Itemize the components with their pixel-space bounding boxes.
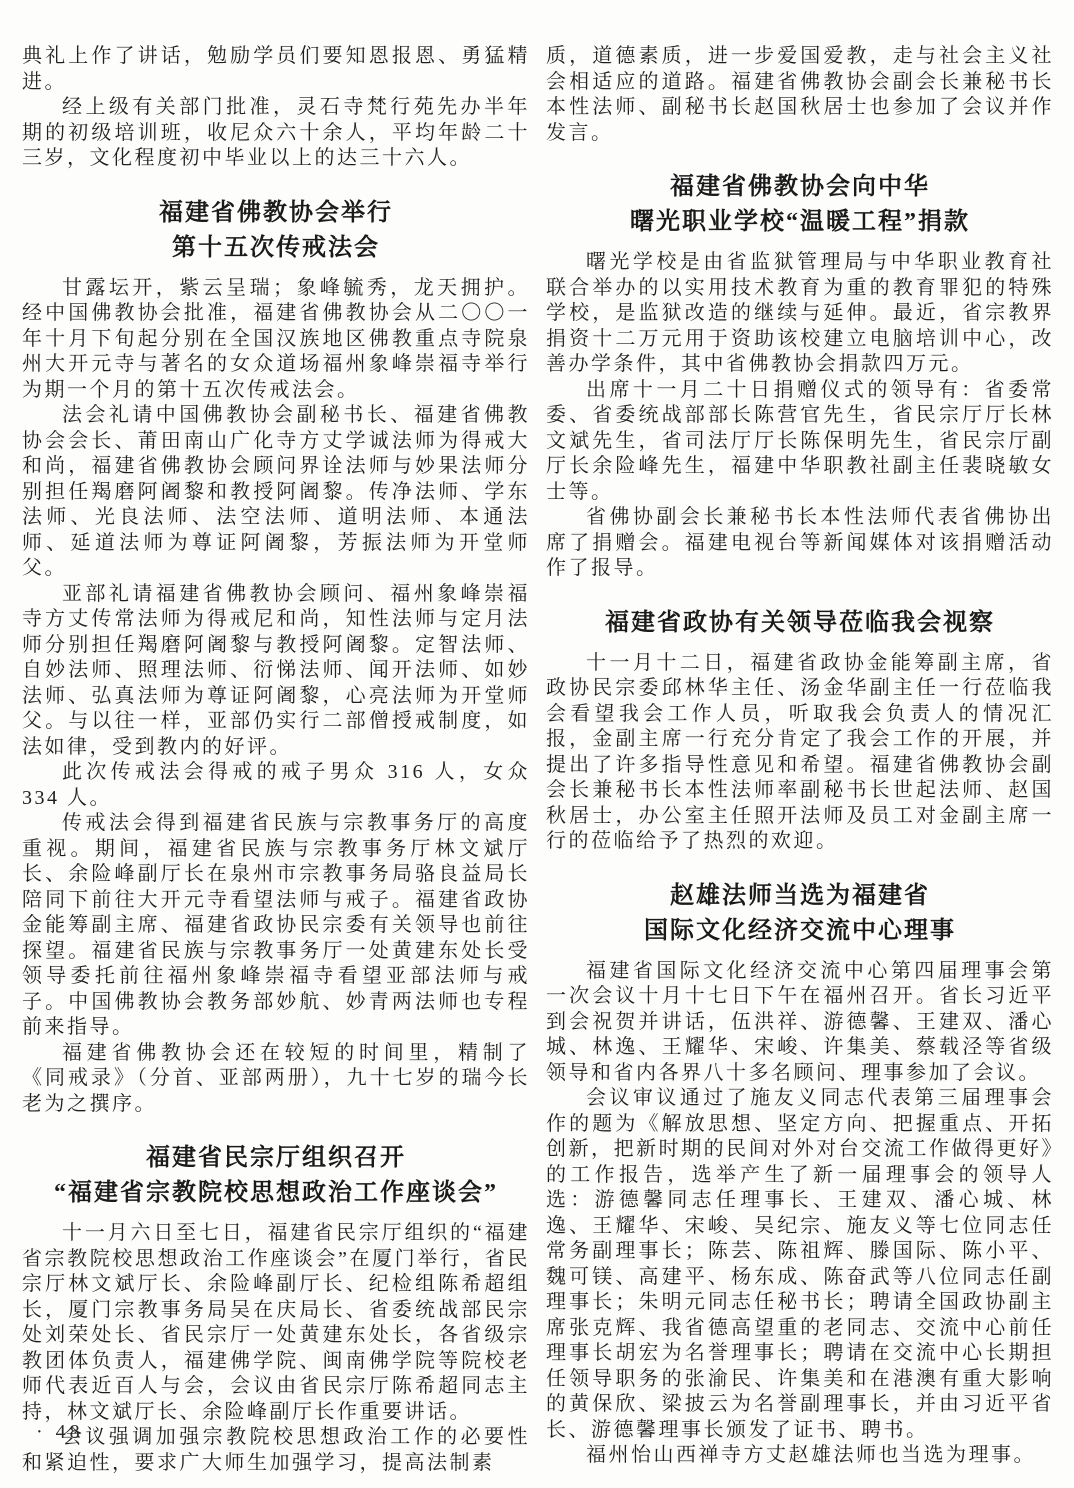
paragraph: 传戒法会得到福建省民族与宗教事务厅的高度重视。期间，福建省民族与宗教事务厅林文斌… <box>22 811 530 1041</box>
paragraph: 福建省佛教协会还在较短的时间里，精制了《同戒录》（分首、亚部两册），九十七岁的瑞… <box>22 1041 530 1118</box>
section-headline: 福建省佛教协会向中华 曙光职业学校“温暖工程”捐款 <box>546 170 1054 240</box>
page-number: · 48 · <box>36 1421 103 1444</box>
headline-line: 第十五次传戒法会 <box>22 231 530 266</box>
headline-line: 福建省佛教协会向中华 <box>546 170 1054 205</box>
paragraph: 出席十一月二十日捐赠仪式的领导有：省委常委、省委统战部部长陈营官先生，省民宗厅厅… <box>546 378 1054 506</box>
paragraph: 经上级有关部门批准，灵石寺梵行苑先办半年期的初级培训班，收尼众六十余人，平均年龄… <box>22 95 530 172</box>
left-column: 典礼上作了讲话，勉励学员们要知恩报恩、勇猛精进。 经上级有关部门批准，灵石寺梵行… <box>22 44 530 1476</box>
section-headline: 福建省民宗厅组织召开 “福建省宗教院校思想政治工作座谈会” <box>22 1141 530 1211</box>
headline-line: 国际文化经济交流中心理事 <box>546 914 1054 949</box>
paragraph: 曙光学校是由省监狱管理局与中华职业教育社联合举办的以实用技术教育为重的教育罪犯的… <box>546 250 1054 378</box>
section-headline: 赵雄法师当选为福建省 国际文化经济交流中心理事 <box>546 879 1054 949</box>
headline-line: 福建省民宗厅组织召开 <box>22 1141 530 1176</box>
paragraph: 福建省国际文化经济交流中心第四届理事会第一次会议十月十七日下午在福州召开。省长习… <box>546 959 1054 1087</box>
paragraph: 此次传戒法会得戒的戒子男众 316 人，女众 334 人。 <box>22 760 530 811</box>
headline-line: 福建省佛教协会举行 <box>22 196 530 231</box>
paragraph: 典礼上作了讲话，勉励学员们要知恩报恩、勇猛精进。 <box>22 44 530 95</box>
right-column: 质，道德素质，进一步爱国爱教，走与社会主义社会相适应的道路。福建省佛教协会副会长… <box>546 44 1054 1476</box>
columns: 典礼上作了讲话，勉励学员们要知恩报恩、勇猛精进。 经上级有关部门批准，灵石寺梵行… <box>22 44 1054 1476</box>
paragraph: 法会礼请中国佛教协会副秘书长、福建省佛教协会会长、莆田南山广化寺方丈学诚法师为得… <box>22 403 530 582</box>
headline-line: “福建省宗教院校思想政治工作座谈会” <box>22 1176 530 1211</box>
paragraph: 会议审议通过了施友义同志代表第三届理事会作的题为《解放思想、坚定方向、把握重点、… <box>546 1086 1054 1443</box>
section-headline: 福建省政协有关领导莅临我会视察 <box>546 606 1054 641</box>
paragraph: 亚部礼请福建省佛教协会顾问、福州象峰崇福寺方丈传常法师为得戒尼和尚，知性法师与定… <box>22 582 530 761</box>
headline-line: 赵雄法师当选为福建省 <box>546 879 1054 914</box>
paragraph: 质，道德素质，进一步爱国爱教，走与社会主义社会相适应的道路。福建省佛教协会副会长… <box>546 44 1054 146</box>
paragraph: 十一月十二日，福建省政协金能筹副主席，省政协民宗委邱林华主任、汤金华副主任一行莅… <box>546 651 1054 855</box>
article-page: 典礼上作了讲话，勉励学员们要知恩报恩、勇猛精进。 经上级有关部门批准，灵石寺梵行… <box>0 0 1074 1488</box>
paragraph: 省佛协副会长兼秘书长本性法师代表省佛协出席了捐赠会。福建电视台等新闻媒体对该捐赠… <box>546 505 1054 582</box>
headline-line: 福建省政协有关领导莅临我会视察 <box>546 606 1054 641</box>
paragraph: 福州怡山西禅寺方丈赵雄法师也当选为理事。 <box>546 1443 1054 1469</box>
paragraph: 甘露坛开，紫云呈瑞；象峰毓秀，龙天拥护。经中国佛教协会批准，福建省佛教协会从二〇… <box>22 276 530 404</box>
section-headline: 福建省佛教协会举行 第十五次传戒法会 <box>22 196 530 266</box>
paragraph: 十一月六日至七日，福建省民宗厅组织的“福建省宗教院校思想政治工作座谈会”在厦门举… <box>22 1221 530 1425</box>
headline-line: 曙光职业学校“温暖工程”捐款 <box>546 205 1054 240</box>
